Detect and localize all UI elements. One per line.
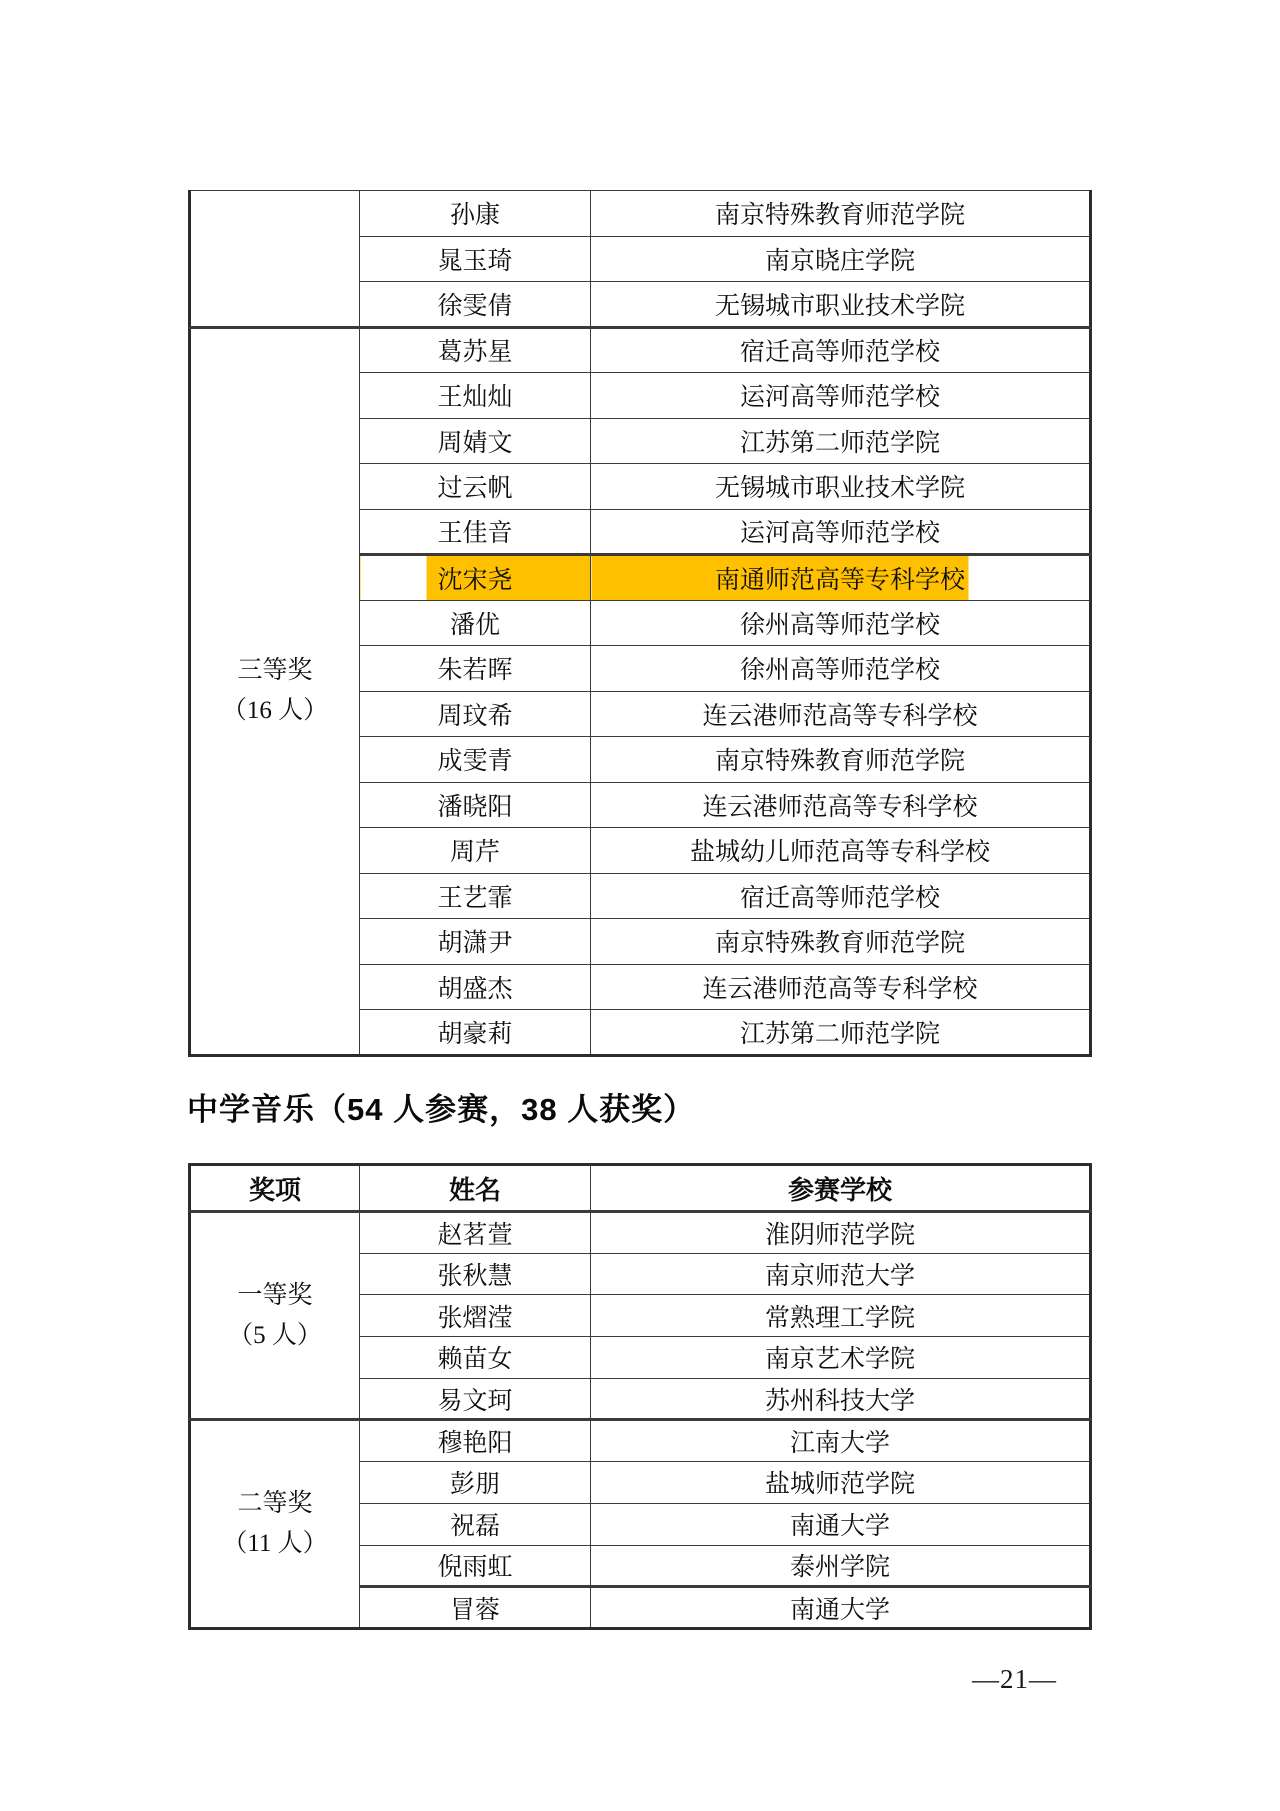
award-label: 三等奖 [191, 651, 359, 691]
document-page: 孙康南京特殊教育师范学院晁玉琦南京晓庄学院徐雯倩无锡城市职业技术学院三等奖（16… [0, 0, 1280, 1811]
award-group-cell [190, 191, 360, 328]
award-label: 一等奖 [191, 1276, 359, 1316]
winner-name-cell: 潘优 [360, 600, 591, 646]
winner-name-cell: 倪雨虹 [360, 1545, 591, 1587]
school-cell: 徐州高等师范学校 [591, 600, 1091, 646]
column-header-2: 参赛学校 [591, 1165, 1091, 1212]
winner-name-cell: 朱若晖 [360, 646, 591, 692]
column-header-0: 奖项 [190, 1165, 360, 1212]
school-cell: 南京艺术学院 [591, 1337, 1091, 1379]
school-cell: 南京特殊教育师范学院 [591, 919, 1091, 965]
school-cell: 江南大学 [591, 1420, 1091, 1462]
winner-name-cell: 胡潇尹 [360, 919, 591, 965]
winner-name-cell: 张熠滢 [360, 1295, 591, 1337]
awards-table-middle-school-music: 奖项姓名参赛学校一等奖（5 人）赵茗萱淮阴师范学院张秋慧南京师范大学张熠滢常熟理… [188, 1163, 1092, 1630]
winner-name-cell: 徐雯倩 [360, 282, 591, 328]
column-header-1: 姓名 [360, 1165, 591, 1212]
school-cell: 无锡城市职业技术学院 [591, 464, 1091, 510]
winner-name-cell: 成雯青 [360, 737, 591, 783]
school-cell: 宿迁高等师范学校 [591, 327, 1091, 373]
award-group-cell: 一等奖（5 人） [190, 1212, 360, 1420]
header-row: 奖项姓名参赛学校 [190, 1165, 1091, 1212]
school-cell: 南京特殊教育师范学院 [591, 191, 1091, 237]
school-cell: 江苏第二师范学院 [591, 418, 1091, 464]
school-cell: 运河高等师范学校 [591, 373, 1091, 419]
table-row: 一等奖（5 人）赵茗萱淮阴师范学院 [190, 1212, 1091, 1254]
award-label: 二等奖 [191, 1484, 359, 1524]
winner-name-cell: 胡豪莉 [360, 1010, 591, 1056]
school-cell: 连云港师范高等专科学校 [591, 782, 1091, 828]
school-cell: 南通大学 [591, 1503, 1091, 1545]
winner-name-cell: 周婧文 [360, 418, 591, 464]
school-cell: 苏州科技大学 [591, 1378, 1091, 1420]
school-cell: 江苏第二师范学院 [591, 1010, 1091, 1056]
winner-name-cell: 赵茗萱 [360, 1212, 591, 1254]
award-group-cell: 二等奖（11 人） [190, 1420, 360, 1628]
table-row: 二等奖（11 人）穆艳阳江南大学 [190, 1420, 1091, 1462]
school-cell: 盐城幼儿师范高等专科学校 [591, 828, 1091, 874]
winner-name-cell: 晁玉琦 [360, 236, 591, 282]
school-cell: 淮阴师范学院 [591, 1212, 1091, 1254]
school-cell: 南京师范大学 [591, 1253, 1091, 1295]
winner-name-cell: 胡盛杰 [360, 964, 591, 1010]
winner-name-cell: 周芹 [360, 828, 591, 874]
winner-name-cell: 潘晓阳 [360, 782, 591, 828]
award-group-cell: 三等奖（16 人） [190, 327, 360, 1055]
awards-table-continued-body: 孙康南京特殊教育师范学院晁玉琦南京晓庄学院徐雯倩无锡城市职业技术学院三等奖（16… [190, 191, 1091, 1056]
awards-table-middle-school-music-body: 奖项姓名参赛学校一等奖（5 人）赵茗萱淮阴师范学院张秋慧南京师范大学张熠滢常熟理… [190, 1165, 1091, 1629]
winner-name-cell: 冒蓉 [360, 1587, 591, 1629]
award-count: （16 人） [191, 691, 359, 731]
school-cell: 徐州高等师范学校 [591, 646, 1091, 692]
school-cell: 连云港师范高等专科学校 [591, 964, 1091, 1010]
school-cell: 南通大学 [591, 1587, 1091, 1629]
table-row: 三等奖（16 人）葛苏星宿迁高等师范学校 [190, 327, 1091, 373]
school-cell: 盐城师范学院 [591, 1462, 1091, 1504]
winner-name-cell: 王灿灿 [360, 373, 591, 419]
winner-name-cell: 赖苗女 [360, 1337, 591, 1379]
winner-name-cell: 张秋慧 [360, 1253, 591, 1295]
winner-name-cell: 穆艳阳 [360, 1420, 591, 1462]
winner-name-cell: 彭朋 [360, 1462, 591, 1504]
awards-table-continued: 孙康南京特殊教育师范学院晁玉琦南京晓庄学院徐雯倩无锡城市职业技术学院三等奖（16… [188, 190, 1092, 1057]
school-cell: 南京晓庄学院 [591, 236, 1091, 282]
winner-name-cell: 王佳音 [360, 509, 591, 555]
winner-name-cell: 沈宋尧 [360, 555, 591, 601]
award-count: （5 人） [191, 1316, 359, 1356]
school-cell: 无锡城市职业技术学院 [591, 282, 1091, 328]
school-cell: 宿迁高等师范学校 [591, 873, 1091, 919]
winner-name-cell: 孙康 [360, 191, 591, 237]
school-cell: 南通师范高等专科学校 [591, 555, 1091, 601]
winner-name-cell: 祝磊 [360, 1503, 591, 1545]
winner-name-cell: 易文珂 [360, 1378, 591, 1420]
winner-name-cell: 周玟希 [360, 691, 591, 737]
winner-name-cell: 葛苏星 [360, 327, 591, 373]
section-title: 中学音乐（54 人参赛，38 人获奖） [187, 1084, 695, 1129]
award-count: （11 人） [191, 1524, 359, 1564]
school-cell: 常熟理工学院 [591, 1295, 1091, 1337]
school-cell: 运河高等师范学校 [591, 509, 1091, 555]
school-cell: 泰州学院 [591, 1545, 1091, 1587]
winner-name-cell: 过云帆 [360, 464, 591, 510]
table-row: 孙康南京特殊教育师范学院 [190, 191, 1091, 237]
school-cell: 连云港师范高等专科学校 [591, 691, 1091, 737]
page-number: —21— [972, 1664, 1057, 1695]
school-cell: 南京特殊教育师范学院 [591, 737, 1091, 783]
winner-name-cell: 王艺霏 [360, 873, 591, 919]
